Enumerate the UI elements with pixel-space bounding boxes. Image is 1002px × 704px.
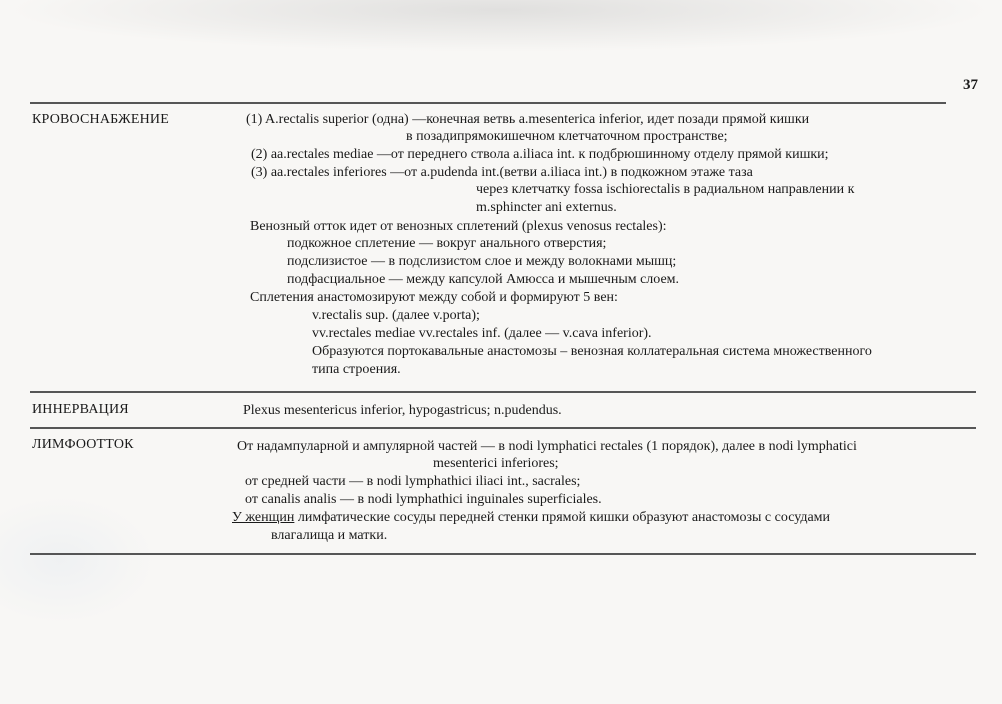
blood-supply-line: (3) aa.rectales inferiores —от a.pudenda…: [251, 164, 753, 181]
women-note-text: лимфатические сосуды передней стенки пря…: [294, 510, 830, 525]
lymph-line: от canalis analis — в nodi lymphathici i…: [245, 491, 602, 508]
divider: [30, 427, 976, 429]
venous-plexus-line: подфасциальное — между капсулой Амюсса и…: [287, 271, 679, 288]
vein-line: vv.rectales mediae vv.rectales inf. (дал…: [312, 325, 652, 342]
women-note-line: У женщин лимфатические сосуды передней с…: [232, 509, 830, 526]
blood-supply-line: (2) aa.rectales mediae —от переднего ств…: [251, 146, 829, 163]
vein-line: Образуются портокавальные анастомозы – в…: [312, 343, 872, 360]
women-note-continuation: влагалища и матки.: [271, 527, 387, 544]
lymph-line: от средней части — в nodi lymphathici il…: [245, 473, 580, 490]
lymph-line: От надампуларной и ампулярной частей — в…: [237, 438, 857, 455]
section-label-innervation: ИННЕРВАЦИЯ: [32, 402, 129, 418]
section-label-lymph-drainage: ЛИМФООТТОК: [32, 437, 134, 453]
blood-supply-line: через клетчатку fossa ischiorectalis в р…: [476, 181, 854, 198]
women-note-emphasis: У женщин: [232, 510, 294, 525]
innervation-text: Plexus mesentericus inferior, hypogastri…: [243, 402, 562, 419]
lymph-line: mesenterici inferiores;: [433, 455, 559, 472]
divider-top: [30, 102, 946, 104]
venous-plexus-line: подкожное сплетение — вокруг анального о…: [287, 235, 606, 252]
blood-supply-line: (1) A.rectalis superior (одна) —конечная…: [246, 111, 809, 128]
section-label-blood-supply: КРОВОСНАБЖЕНИЕ: [32, 112, 169, 128]
vein-line: типа строения.: [312, 361, 401, 378]
venous-outflow-line: Венозный отток идет от венозных сплетени…: [250, 218, 667, 235]
blood-supply-line: m.sphincter ani externus.: [476, 199, 617, 216]
page-number: 37: [963, 77, 978, 94]
vein-line: v.rectalis sup. (далее v.porta);: [312, 307, 480, 324]
blood-supply-line: в позадипрямокишечном клетчаточном прост…: [406, 128, 728, 145]
venous-plexus-line: подслизистое — в подслизистом слое и меж…: [287, 253, 676, 270]
document-page: 37 КРОВОСНАБЖЕНИЕ (1) A.rectalis superio…: [0, 0, 1002, 704]
divider: [30, 391, 976, 393]
divider-bottom: [30, 553, 976, 555]
plexus-anastomosis-line: Сплетения анастомозируют между собой и ф…: [250, 289, 618, 306]
